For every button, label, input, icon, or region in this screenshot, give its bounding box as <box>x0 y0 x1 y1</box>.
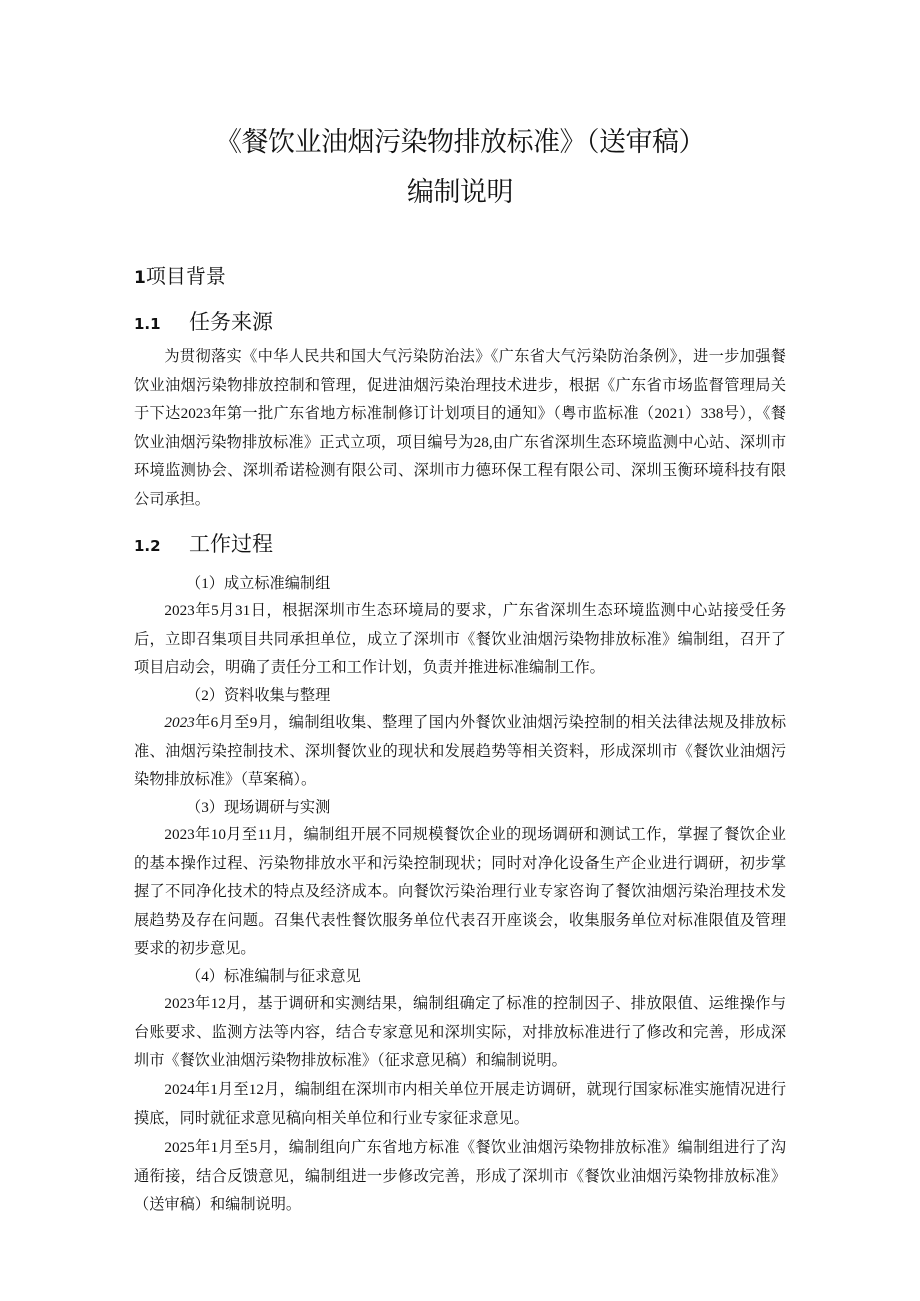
step-3-paragraph: 2023年10月至11月，编制组开展不同规模餐饮企业的现场调研和测试工作，掌握了… <box>134 821 786 964</box>
step-4-paragraph-1: 2023年12月，基于调研和实测结果，编制组确定了标准的控制因子、排放限值、运维… <box>134 990 786 1076</box>
step-3-label: （3）现场调研与实测 <box>186 796 330 817</box>
section-1-2-heading: 1.2工作过程 <box>134 528 273 558</box>
document-title: 《餐饮业油烟污染物排放标准》（送审稿） <box>0 120 920 159</box>
section-number: 1 <box>134 268 146 288</box>
step-1-label: （1）成立标准编制组 <box>186 572 330 593</box>
year-italic: 2023 <box>164 714 194 731</box>
step-2-label: （2）资料收集与整理 <box>186 684 330 705</box>
document-page: 《餐饮业油烟污染物排放标准》（送审稿） 编制说明 1项目背景 1.1任务来源 为… <box>0 0 920 1301</box>
document-subtitle: 编制说明 <box>0 170 920 209</box>
section-title: 工作过程 <box>189 532 273 556</box>
step-4-paragraph-3: 2025年1月至5月，编制组向广东省地方标准《餐饮业油烟污染物排放标准》编制组进… <box>134 1134 786 1220</box>
step-1-paragraph: 2023年5月31日，根据深圳市生态环境局的要求，广东省深圳生态环境监测中心站接… <box>134 597 786 683</box>
step-4-paragraph-2: 2024年1月至12月，编制组在深圳市内相关单位开展走访调研，就现行国家标准实施… <box>134 1076 786 1133</box>
section-title: 任务来源 <box>189 310 273 334</box>
paragraph-task-source: 为贯彻落实《中华人民共和国大气污染防治法》《广东省大气污染防治条例》，进一步加强… <box>134 343 786 515</box>
section-1-heading: 1项目背景 <box>134 260 226 289</box>
section-1-1-heading: 1.1任务来源 <box>134 306 273 336</box>
step-4-label: （4）标准编制与征求意见 <box>186 965 361 986</box>
section-number: 1.1 <box>134 315 189 333</box>
section-title: 项目背景 <box>146 264 226 288</box>
paragraph-text: 年6月至9月，编制组收集、整理了国内外餐饮业油烟污染控制的相关法律法规及排放标准… <box>134 714 786 788</box>
section-number: 1.2 <box>134 537 189 555</box>
step-2-paragraph: 2023年6月至9月，编制组收集、整理了国内外餐饮业油烟污染控制的相关法律法规及… <box>134 709 786 795</box>
